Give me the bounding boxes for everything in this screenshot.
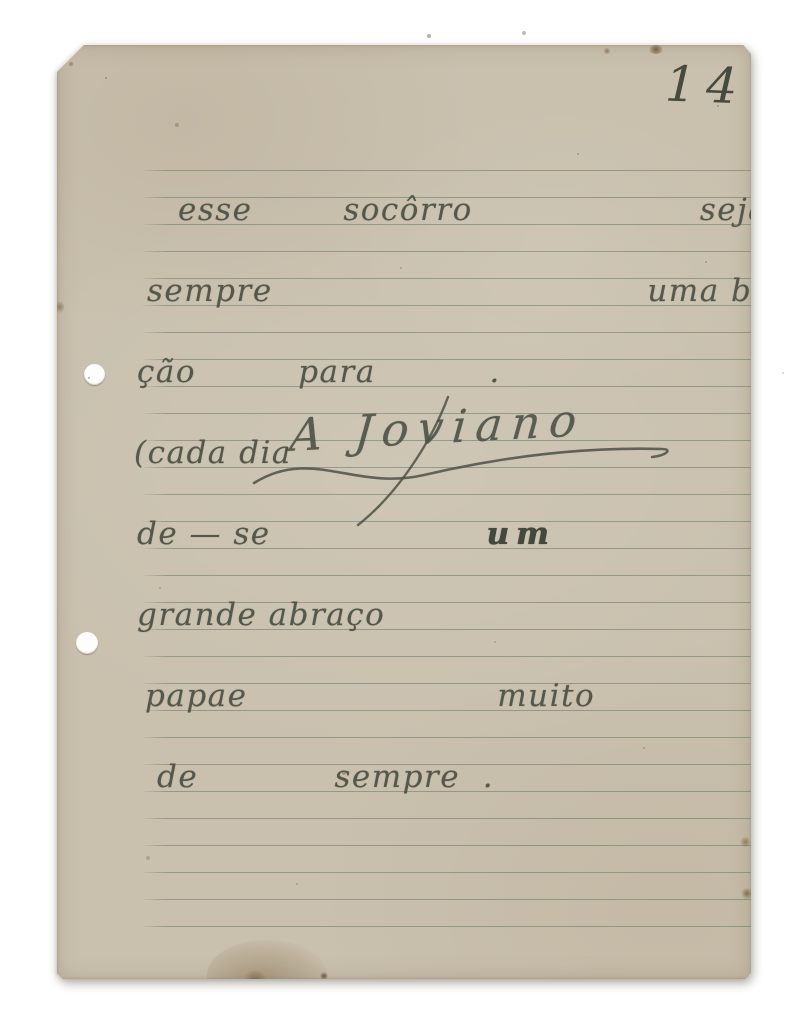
age-stain-left-edge: [55, 300, 64, 314]
age-stain-right-edge-2: [741, 888, 753, 899]
handwriting-line-2: sempre uma ben-: [147, 278, 751, 305]
page-number: 14: [664, 56, 748, 116]
handwriting-line-1: esse socôrro seja: [178, 197, 751, 224]
age-stain-bottom: [207, 940, 327, 1010]
age-stain-right-edge-1: [740, 837, 751, 847]
age-stain-top-edge-1: [649, 45, 663, 54]
handwriting-line-8: de sempre .: [157, 764, 751, 791]
letter-paper: 14 esse socôrro seja sempre uma ben- ção…: [57, 45, 751, 979]
signature: A Joviano: [242, 383, 682, 533]
age-stain-bottom-core: [242, 970, 268, 992]
age-stain-top-edge-2: [603, 48, 611, 54]
paper-foxing-specks: [57, 45, 59, 47]
paper-shadow-wrap: 14 esse socôrro seja sempre uma ben- ção…: [57, 45, 751, 979]
handwriting-line-6: grande abraço o: [137, 602, 751, 629]
handwriting-line-3: ção para . nos: [137, 359, 751, 386]
age-stain-bottom-dot: [320, 972, 328, 980]
scanned-letter-page: 14 esse socôrro seja sempre uma ben- ção…: [0, 0, 808, 1024]
handwriting-line-7: papae muito amigo: [145, 683, 751, 710]
scan-background-specks: [0, 0, 2, 2]
